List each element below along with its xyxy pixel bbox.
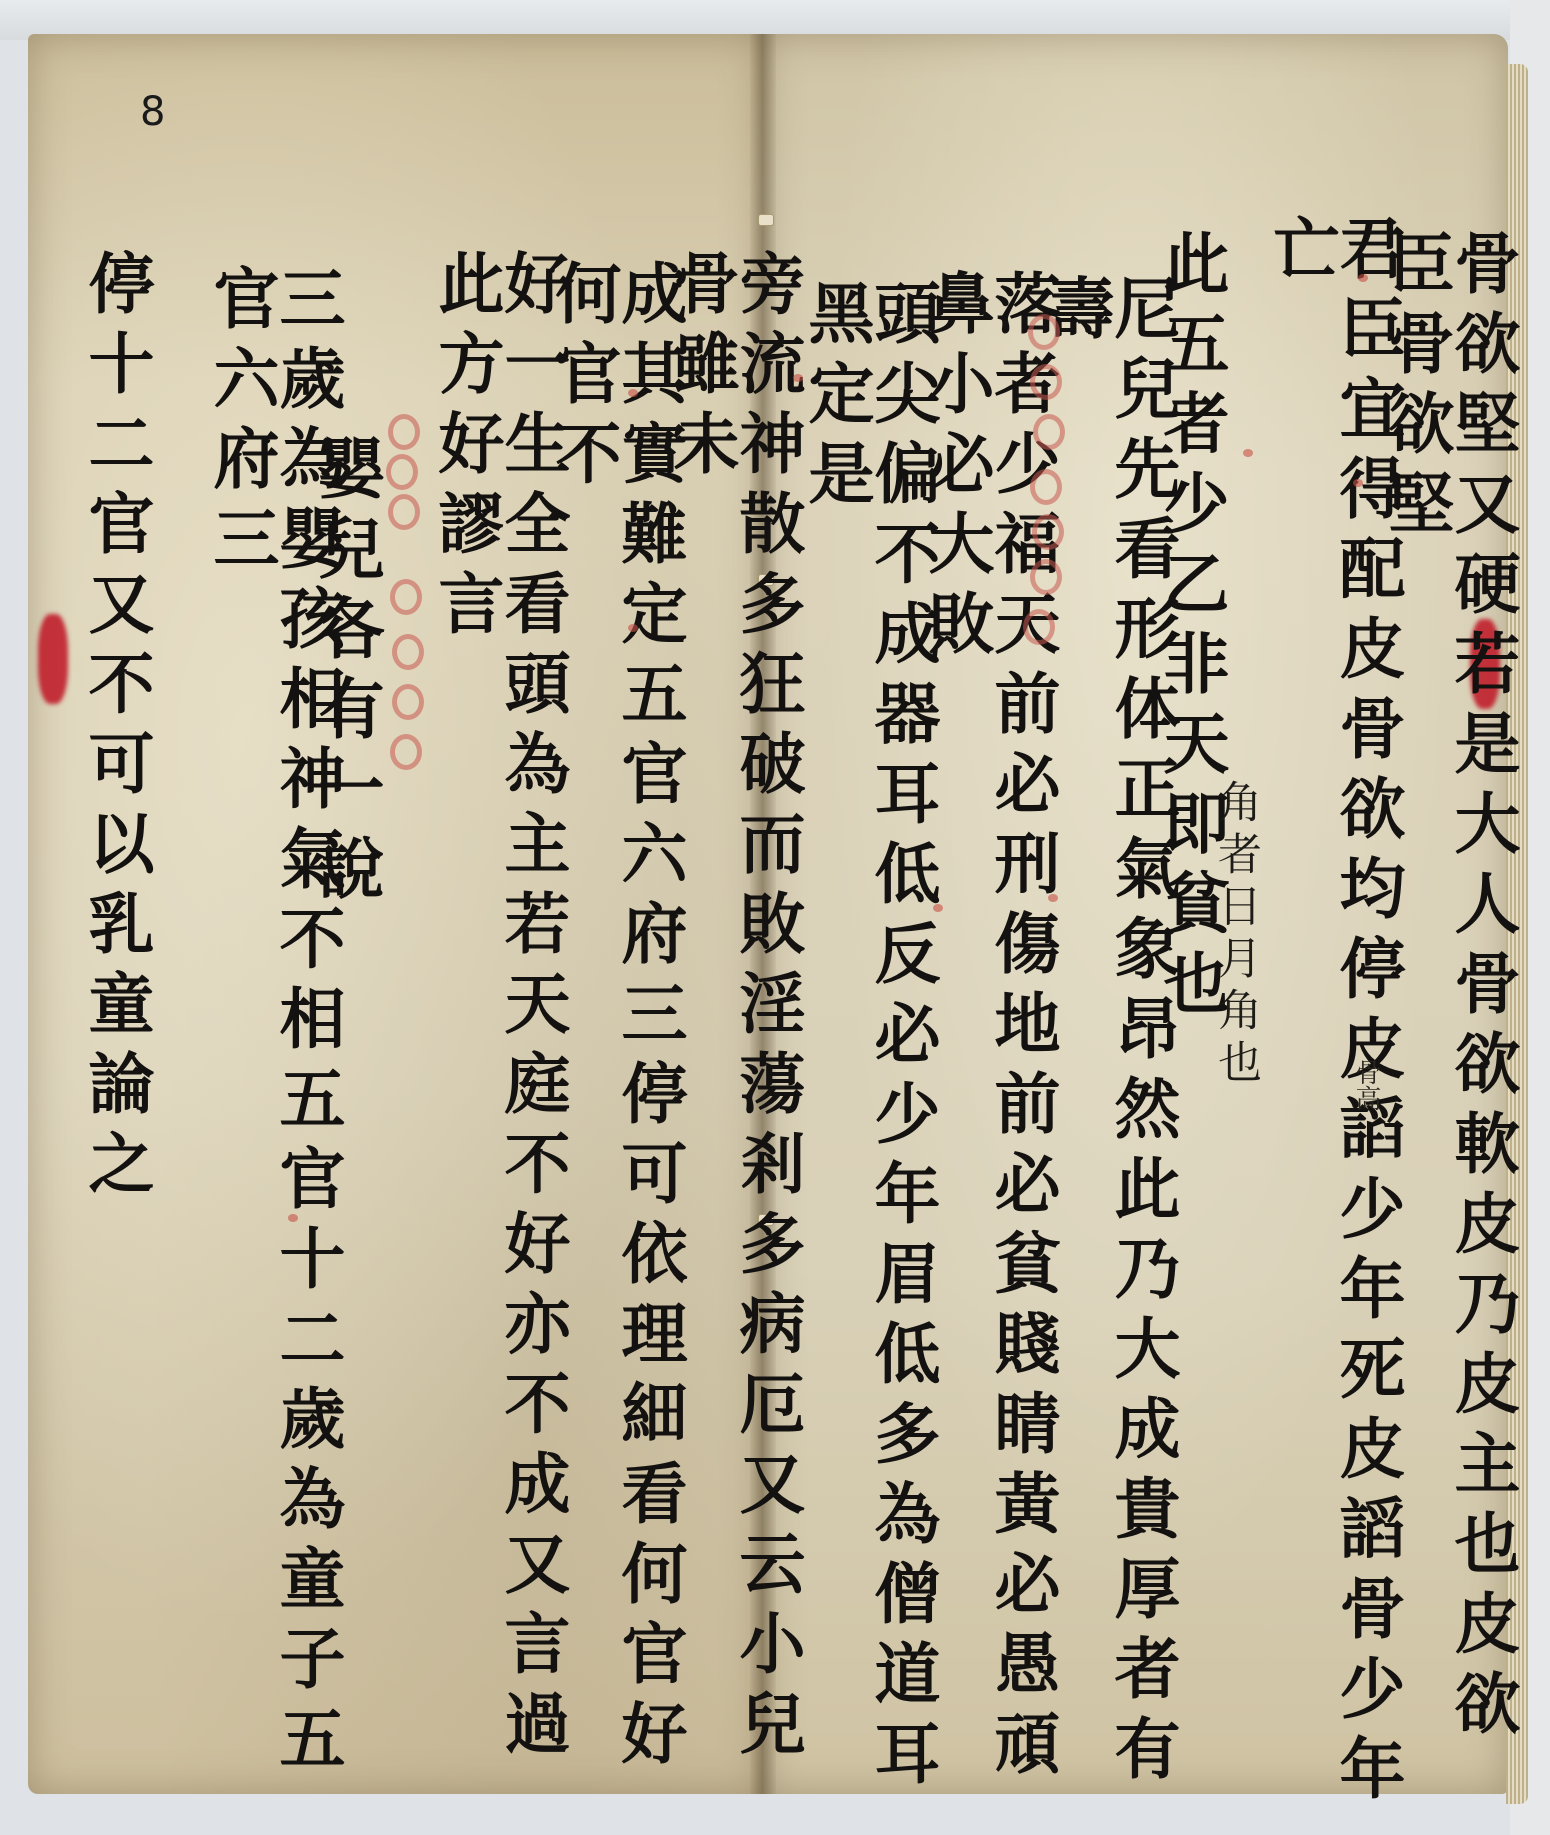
left-column-3: 好一生全看頭為主若天庭不好亦不成又言過此方好謬言 — [433, 249, 565, 1819]
red-punctuation-dot — [1243, 449, 1253, 457]
red-punctuation-dot — [628, 624, 638, 632]
red-circle-mark — [1023, 609, 1055, 645]
red-punctuation-dot — [1048, 894, 1058, 902]
red-punctuation-dot — [288, 1214, 298, 1222]
red-punctuation-dot — [1353, 479, 1363, 487]
red-circle-mark — [390, 579, 422, 615]
red-circle-mark — [1030, 469, 1062, 505]
red-circle-mark — [392, 634, 424, 670]
red-punctuation-dot — [933, 904, 943, 912]
red-circle-mark — [1030, 559, 1062, 595]
open-manuscript: 8 骨欲堅又硬若是大人骨欲軟皮乃皮主也皮欲臣骨欲堅 君臣宜得配皮骨欲均停皮謟少年… — [28, 34, 1528, 1819]
right-column-6: 頭尖偏不成器耳低反必少年眉低多為僧道耳黑定是 — [803, 279, 935, 1819]
red-circle-mark — [388, 414, 420, 450]
red-circle-mark — [1033, 414, 1065, 450]
red-circle-mark — [390, 734, 422, 770]
right-column-2: 君臣宜得配皮骨欲均停皮謟少年死皮謟骨少年亡 — [1268, 214, 1400, 1819]
right-column-4: 尼兒先看形体正氣象昂然此乃大成貴厚者有壽 — [1043, 274, 1175, 1819]
binding-stitch — [758, 214, 774, 226]
red-circle-mark — [388, 494, 420, 530]
page-number: 8 — [140, 89, 165, 135]
red-punctuation-dot — [1358, 274, 1368, 282]
left-column-5: 三歲為嬰孩相神氣不相五官十二歲為童子五官六府三 — [208, 264, 340, 1819]
red-punctuation-dot — [628, 389, 638, 397]
small-note: 角者日月角也 — [1203, 779, 1267, 1091]
red-circle-mark — [392, 684, 424, 720]
red-circle-mark — [1030, 364, 1062, 400]
red-circle-mark — [1028, 314, 1060, 350]
right-column-5: 落者少福天前必刑傷地前必貧賤睛黃必愚頑鼻小必大敗 — [923, 269, 1055, 1819]
red-circle-mark — [1032, 514, 1064, 550]
left-column-6: 停十二官又不可以乳童論之 — [83, 249, 149, 1209]
interlinear-note: 骨高 — [1348, 1059, 1385, 1111]
red-seal-mark-left — [38, 614, 68, 704]
red-circle-mark — [386, 454, 418, 490]
red-punctuation-dot — [793, 374, 803, 382]
